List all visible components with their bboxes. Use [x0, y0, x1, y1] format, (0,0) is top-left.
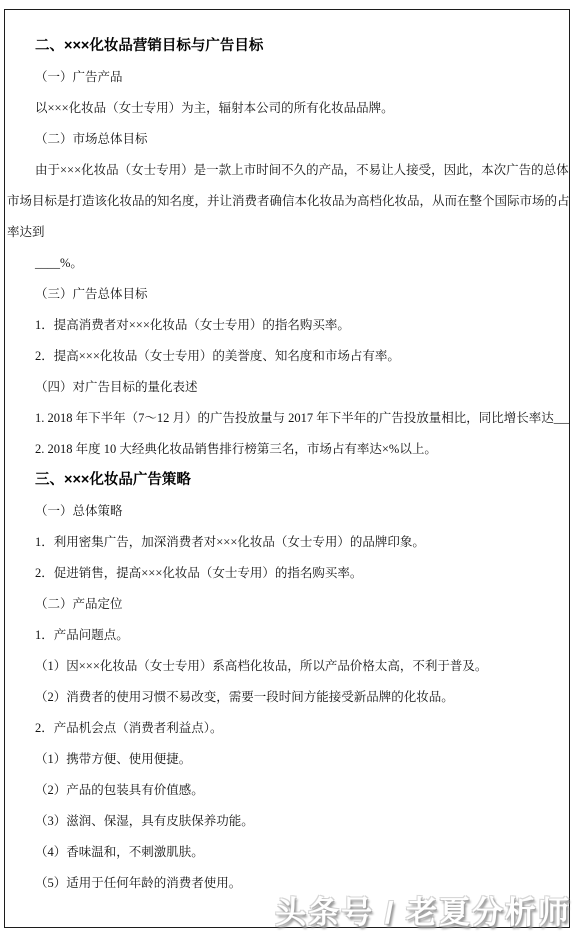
list-item: （2）产品的包装具有价值感。: [7, 775, 567, 806]
document-page: 二、×××化妆品营销目标与广告目标 （一）广告产品 以×××化妆品（女士专用）为…: [0, 0, 573, 934]
subheading-product-positioning: （二）产品定位: [7, 589, 567, 620]
list-item: （4）香味温和，不刺激肌肤。: [7, 837, 567, 868]
paragraph-line: 以×××化妆品（女士专用）为主，辐射本公司的所有化妆品品牌。: [7, 93, 567, 124]
section-heading-2: 二、×××化妆品营销目标与广告目标: [7, 31, 567, 62]
subheading-ad-overall-goal: （三）广告总体目标: [7, 279, 567, 310]
blank-percent-line: ____%。: [7, 248, 567, 279]
subheading-market-goal: （二）市场总体目标: [7, 124, 567, 155]
list-item: 2．产品机会点（消费者利益点）。: [7, 713, 567, 744]
list-item: 2．提高×××化妆品（女士专用）的美誉度、知名度和市场占有率。: [7, 341, 567, 372]
subheading-ad-product: （一）广告产品: [7, 62, 567, 93]
page-border-frame: 二、×××化妆品营销目标与广告目标 （一）广告产品 以×××化妆品（女士专用）为…: [4, 9, 570, 928]
list-item: 2. 2018 年度 10 大经典化妆品销售排行榜第三名，市场占有率达×%以上。: [7, 434, 567, 465]
paragraph-line: 由于×××化妆品（女士专用）是一款上市时间不久的产品，不易让人接受，因此，本次广…: [7, 155, 567, 186]
list-item: 1．产品问题点。: [7, 620, 567, 651]
paragraph-line: 市场目标是打造该化妆品的知名度，并让消费者确信本化妆品为高档化妆品，从而在整个国…: [7, 186, 567, 217]
subheading-quantified-goal: （四）对广告目标的量化表述: [7, 372, 567, 403]
list-item: 1．利用密集广告，加深消费者对×××化妆品（女士专用）的品牌印象。: [7, 527, 567, 558]
list-item: 2．促进销售，提高×××化妆品（女士专用）的指名购买率。: [7, 558, 567, 589]
list-item: 1．提高消费者对×××化妆品（女士专用）的指名购买率。: [7, 310, 567, 341]
paragraph-line: 率达到: [7, 217, 567, 248]
list-item: （1）携带方便、使用便捷。: [7, 744, 567, 775]
section-heading-3: 三、×××化妆品广告策略: [7, 465, 567, 496]
list-item: 1. 2018 年下半年（7～12 月）的广告投放量与 2017 年下半年的广告…: [7, 403, 567, 434]
watermark: 头条号 / 老夏分析师: [275, 887, 571, 932]
subheading-overall-strategy: （一）总体策略: [7, 496, 567, 527]
list-item: （2）消费者的使用习惯不易改变，需要一段时间方能接受新品牌的化妆品。: [7, 682, 567, 713]
list-item: （3）滋润、保湿，具有皮肤保养功能。: [7, 806, 567, 837]
list-item: （1）因×××化妆品（女士专用）系高档化妆品，所以产品价格太高，不利于普及。: [7, 651, 567, 682]
